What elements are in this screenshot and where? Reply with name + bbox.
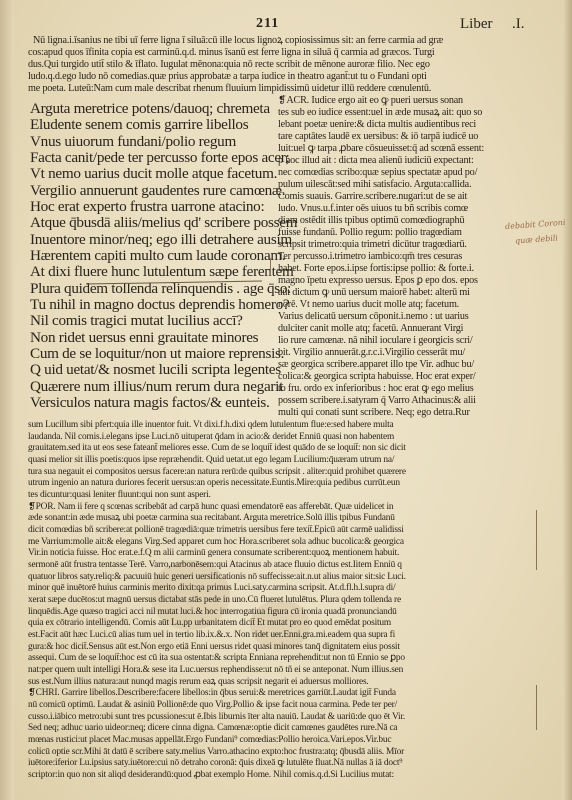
commentary-line: Ter percusso.i.trimetro iambico:qm̄ tres…: [278, 251, 533, 263]
verse-line: Vergilio annuerunt gaudentes rure camœnæ…: [30, 183, 285, 199]
commentary-line: tura sua negauit ei compositos uersus fa…: [28, 467, 533, 478]
verse-line: Inuentore minor/neq; ego illi detrahere …: [30, 232, 292, 248]
commentary-line: æde sonant:in æde musaꝝ ubi poetæ carmin…: [28, 513, 533, 524]
verse-line: Arguta meretrice potens/dauoq; chremeta: [30, 101, 270, 117]
commentary-line: norē. Vt nemo uarius ducit molle atq; fa…: [278, 299, 533, 311]
commentary-line: luit:uel ꝙ tarpa ꝓbare cōsueuisset:q̄ ad…: [278, 143, 533, 155]
verse-line: Nil comis tragici mutat lucilius accī?: [30, 313, 243, 329]
commentary-line: habet. Forte epos.i.ipse fortis:ipse pol…: [278, 263, 533, 275]
commentary-line: tes dicuntur:quasi leniter fluunt:qui no…: [28, 490, 533, 501]
verse-line: Hærentem capiti multo cum laude coronam.: [30, 248, 285, 264]
commentary-line: Nū ligna.i.īsanius ne tibi uī ferre lign…: [33, 35, 533, 47]
commentary-line: cusso.i.iābico metro:ubi sunt tres pcuss…: [28, 712, 533, 723]
commentary-line: magno īpetu expresso uersus. Epos ꝑ epo …: [278, 275, 533, 287]
commentary-line: cos:apud quos īfinita copia est carminū.…: [28, 47, 533, 59]
verse-line: Cum de se loquitur/non ut maiore reprens…: [30, 346, 284, 362]
verse-line: Versiculos natura magis factos/& eunteis…: [30, 395, 270, 411]
commentary-line: dus.Qui turgido utit̄ stilo & īflato. Iu…: [28, 59, 533, 71]
verse-line: Tu nihil in magno doctus deprendis homer…: [30, 297, 289, 313]
commentary-line: nū comicū optimū. Laudat & asiniū Pollio…: [28, 700, 533, 711]
commentary-line: lio rure camœnæ. nā nihil ioculare i geo…: [278, 335, 533, 347]
commentary-line: xerat sæpe ducētos:ut magnū uersus dicta…: [28, 595, 533, 606]
commentary-line: quatuor libros saty.reliq:& pacuuiū huic…: [28, 572, 533, 583]
verse-line: Plura quidem tollenda relinquendis . age…: [30, 281, 291, 297]
commentary-line: sæ georgica scribere.apparet illo tpe Vi…: [278, 359, 533, 371]
commentary-line: ❡CHRI. Garrire libellos.Describere:facer…: [28, 688, 533, 699]
commentary-line: to fru. ordo ex inferioribus : hoc erat …: [278, 383, 533, 395]
commentary-line: dicit comœdias bñ scribere:at pollionē t…: [28, 525, 533, 536]
commentary-line: possem scribere.i.satyram q̄ Varro Athac…: [278, 395, 533, 407]
verse-line: Vt nemo uarius ducit molle atque facetum…: [30, 166, 277, 182]
verse-line: Atque q̄busdā aliis/melius qd' scribere …: [30, 215, 297, 231]
commentary-line: tes sub eo iudice essent:uel in æde musa…: [278, 107, 533, 119]
commentary-line: quia ex cōtrario intelligendū. Comis aūt…: [28, 618, 533, 629]
commentary-line: iuētore:iferior Lu.ipsius saty.iuētore:c…: [28, 758, 533, 769]
commentary-line: quasi melior sit illis poetis:quos ipse …: [28, 455, 533, 466]
commentary-line: sum Lucillum sibi pfert:quia ille inuent…: [28, 420, 533, 431]
commentary-line: sermonē aūt frustra tentasse Terē. Varro…: [28, 560, 533, 571]
running-header: 211 Liber .I.: [0, 16, 572, 36]
commentary-line: utrum ingenio an natura duriores fecerit…: [28, 478, 533, 489]
commentary-line: sus est.Num illius natura:aut nunqd magi…: [28, 677, 533, 688]
commentary-line: lebant poetæ uenire:& dicta multis audie…: [278, 119, 533, 131]
page-edge: [562, 0, 572, 800]
verse-line: Hoc erat experto frustra uarrone atacino…: [30, 199, 264, 215]
commentary-line: nat:per quem uult intelligi Hora.& sese …: [28, 665, 533, 676]
manuscript-bracket: [270, 258, 271, 276]
commentary-line: mœnas rustici:ut placet Mac.musas appell…: [28, 735, 533, 746]
commentary-line: ❡POR. Nam ii fere q scœnas scribebāt ad …: [28, 502, 533, 513]
commentary-line: Comis suauis. Garrire.scribere.nugari:ut…: [278, 191, 533, 203]
verse-line: At dixi fluere hunc lutulentum sæpe fere…: [30, 264, 293, 280]
commentary-line: Vir.in noticia fuisse. Hoc erat.e.f.Q m …: [28, 548, 533, 559]
commentary-line: nec comœdias scribo:quæ sepius spectatæ …: [278, 167, 533, 179]
verse-line: Quærere num illius/num rerum dura negari…: [30, 379, 283, 395]
book-number: .I.: [512, 16, 525, 33]
verse-line: Facta canit/pede ter percusso forte epos…: [30, 150, 289, 166]
verse-line: Vnus uiuorum fundani/polio regum: [30, 134, 236, 150]
running-title: Liber: [460, 16, 492, 33]
handwritten-marginalia: quæ debili: [515, 234, 559, 246]
commentary-line: scripsit trimetro:quia trimetri dicūtur …: [278, 239, 533, 251]
commentary-line: multi qui conati sunt scribere. Neq; ego…: [278, 407, 533, 419]
commentary-line: ❡ACR. Iudice ergo ait eo ꝙ pueri uersus …: [278, 95, 533, 107]
folio-number: 211: [256, 16, 279, 32]
commentary-line: tare captātes laudē ex uersibus: & iō ta…: [278, 131, 533, 143]
commentary-line: ludo.q.d.ego ludo nō comedias.quæ prius …: [28, 71, 533, 83]
commentary-line: colicū optie scr.Mihi āt datū ē scribere…: [28, 747, 533, 758]
commentary-line: aūt dictum ꝙ unū uersum maiorē habet: al…: [278, 287, 533, 299]
commentary-line: colica:& georgica scripta habuisse. Hoc …: [278, 371, 533, 383]
commentary-line: est.Facit aūt hæc Luci.cū alias tum uel …: [28, 630, 533, 641]
commentary-line: bit. Virgilio annuerāt.g.r.c.i.Virgilio …: [278, 347, 533, 359]
commentary-line: diam ostēdit illis tpibus optimū comœdio…: [278, 215, 533, 227]
commentary-line: me poeta. Luteū:Nam cum male describat r…: [28, 83, 533, 95]
commentary-line: Varius delicatū uersum cōponit.i.nemo : …: [278, 311, 533, 323]
commentary-line: assequi. Cum de se loquit̄:hoc est cū it…: [28, 653, 533, 664]
commentary-line: Sed neq; adhuc uario uideor:neq; dicere …: [28, 723, 533, 734]
commentary-line: p hoc illud ait : dicta mea alienū iudic…: [278, 155, 533, 167]
commentary-line: minor quē inuētorē huius carminis merito…: [28, 583, 533, 594]
verse-line: Q uid uetat/& nosmet lucili scripta lege…: [30, 362, 281, 378]
verse-line: Non ridet uersus enni grauitate minores: [30, 330, 258, 346]
commentary-line: me Varrium:molle ait:& elegans Virg.Sed …: [28, 537, 533, 548]
commentary-line: grauitatem.sed ita ut eos sese fateant̄ …: [28, 443, 533, 454]
book-page: 211 Liber .I. Nū ligna.i.īsanius ne tibi…: [0, 0, 572, 800]
commentary-line: fuisse fundanū. Pollio regum: pollio tra…: [278, 227, 533, 239]
commentary-line: ludo. Vnus.u.f.inter oēs uiuos tu bñ scr…: [278, 203, 533, 215]
commentary-line: dulciter canit molle atq; facetū. Annuer…: [278, 323, 533, 335]
commentary-line: scriptor:in quo non sit aliqd desiderand…: [28, 770, 533, 781]
manuscript-bracket: [536, 685, 537, 730]
verse-line: Eludente senem comis garrire libellos: [30, 117, 248, 133]
commentary-line: gura:& hoc dicit̄.Sensus aūt est.Non erg…: [28, 642, 533, 653]
commentary-line: laudanda. Nil comis.i.elegans ipse Luci.…: [28, 432, 533, 443]
commentary-line: linquēdis.Age quæso tragici acci nil mut…: [28, 607, 533, 618]
manuscript-bracket: [536, 510, 537, 570]
commentary-line: pulum uilescāt:sed mihi satisfacio. Argu…: [278, 179, 533, 191]
page-gutter: [0, 0, 14, 800]
